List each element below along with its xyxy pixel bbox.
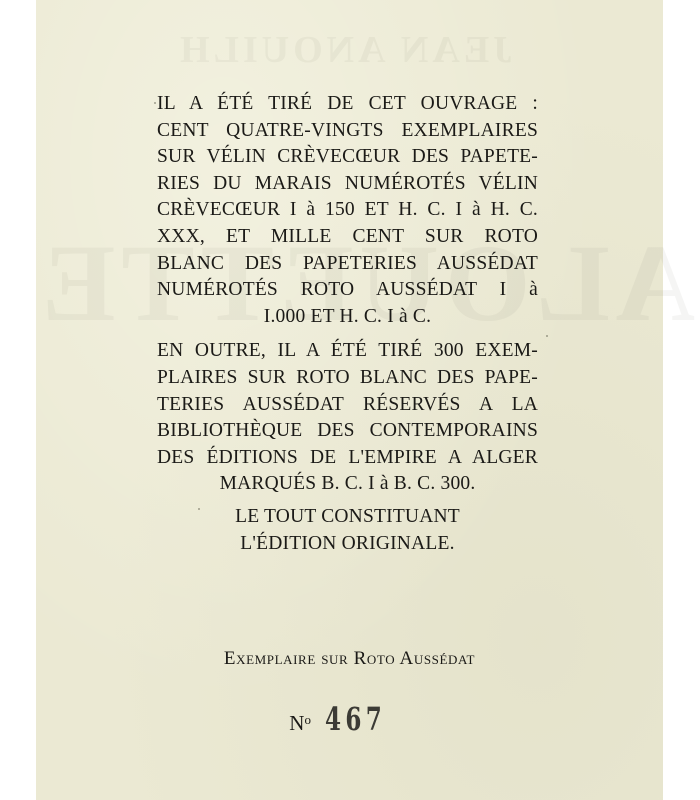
text-line: PLAIRES SUR ROTO BLANC DES PAPE- bbox=[157, 365, 538, 392]
text-line: RIES DU MARAIS NUMÉROTÉS VÉLIN bbox=[157, 171, 538, 198]
text-line: CRÈVECŒUR I à 150 ET H. C. I à H. C. bbox=[157, 197, 538, 224]
paper-speck bbox=[198, 508, 200, 510]
number-sign-sup: o bbox=[304, 712, 311, 727]
text-line: MARQUÉS B. C. I à B. C. 300. bbox=[157, 471, 538, 498]
paragraph-original-edition: LE TOUT CONSTITUANT L'ÉDITION ORIGINALE. bbox=[157, 504, 538, 557]
text-line: DES ÉDITIONS DE L'EMPIRE A ALGER bbox=[157, 445, 538, 472]
stamped-copy-number: 467 bbox=[325, 700, 386, 738]
copy-number: No467 bbox=[36, 700, 663, 738]
text-line: TERIES AUSSÉDAT RÉSERVÉS A LA bbox=[157, 392, 538, 419]
text-line: EN OUTRE, IL A ÉTÉ TIRÉ 300 EXEM- bbox=[157, 338, 538, 365]
text-line: NUMÉROTÉS ROTO AUSSÉDAT I à bbox=[157, 277, 538, 304]
text-line: BIBLIOTHÈQUE DES CONTEMPORAINS bbox=[157, 418, 538, 445]
justification-du-tirage: IL A ÉTÉ TIRÉ DE CET OUVRAGE : CENT QUAT… bbox=[157, 91, 538, 557]
text-line: XXX, ET MILLE CENT SUR ROTO bbox=[157, 224, 538, 251]
number-sign: No bbox=[289, 711, 311, 735]
text-line: I.000 ET H. C. I à C. bbox=[157, 304, 538, 331]
paragraph-additional-print: EN OUTRE, IL A ÉTÉ TIRÉ 300 EXEM- PLAIRE… bbox=[157, 338, 538, 498]
text-line: BLANC DES PAPETERIES AUSSÉDAT bbox=[157, 251, 538, 278]
text-line: LE TOUT CONSTITUANT bbox=[157, 504, 538, 531]
number-sign-main: N bbox=[289, 711, 304, 735]
paper-speck bbox=[546, 335, 548, 337]
copy-label: Exemplaire sur Roto Aussédat bbox=[36, 648, 663, 670]
text-line: IL A ÉTÉ TIRÉ DE CET OUVRAGE : bbox=[157, 91, 538, 118]
showthrough-author: JEAN ANOUILH bbox=[176, 28, 512, 72]
book-page: JEAN ANOUILH L'ALOUETTE IL A ÉTÉ TIRÉ DE… bbox=[36, 0, 663, 800]
text-line: CENT QUATRE-VINGTS EXEMPLAIRES bbox=[157, 118, 538, 145]
paragraph-print-run: IL A ÉTÉ TIRÉ DE CET OUVRAGE : CENT QUAT… bbox=[157, 91, 538, 330]
text-line: L'ÉDITION ORIGINALE. bbox=[157, 531, 538, 558]
paper-speck bbox=[154, 102, 156, 104]
text-line: SUR VÉLIN CRÈVECŒUR DES PAPETE- bbox=[157, 144, 538, 171]
